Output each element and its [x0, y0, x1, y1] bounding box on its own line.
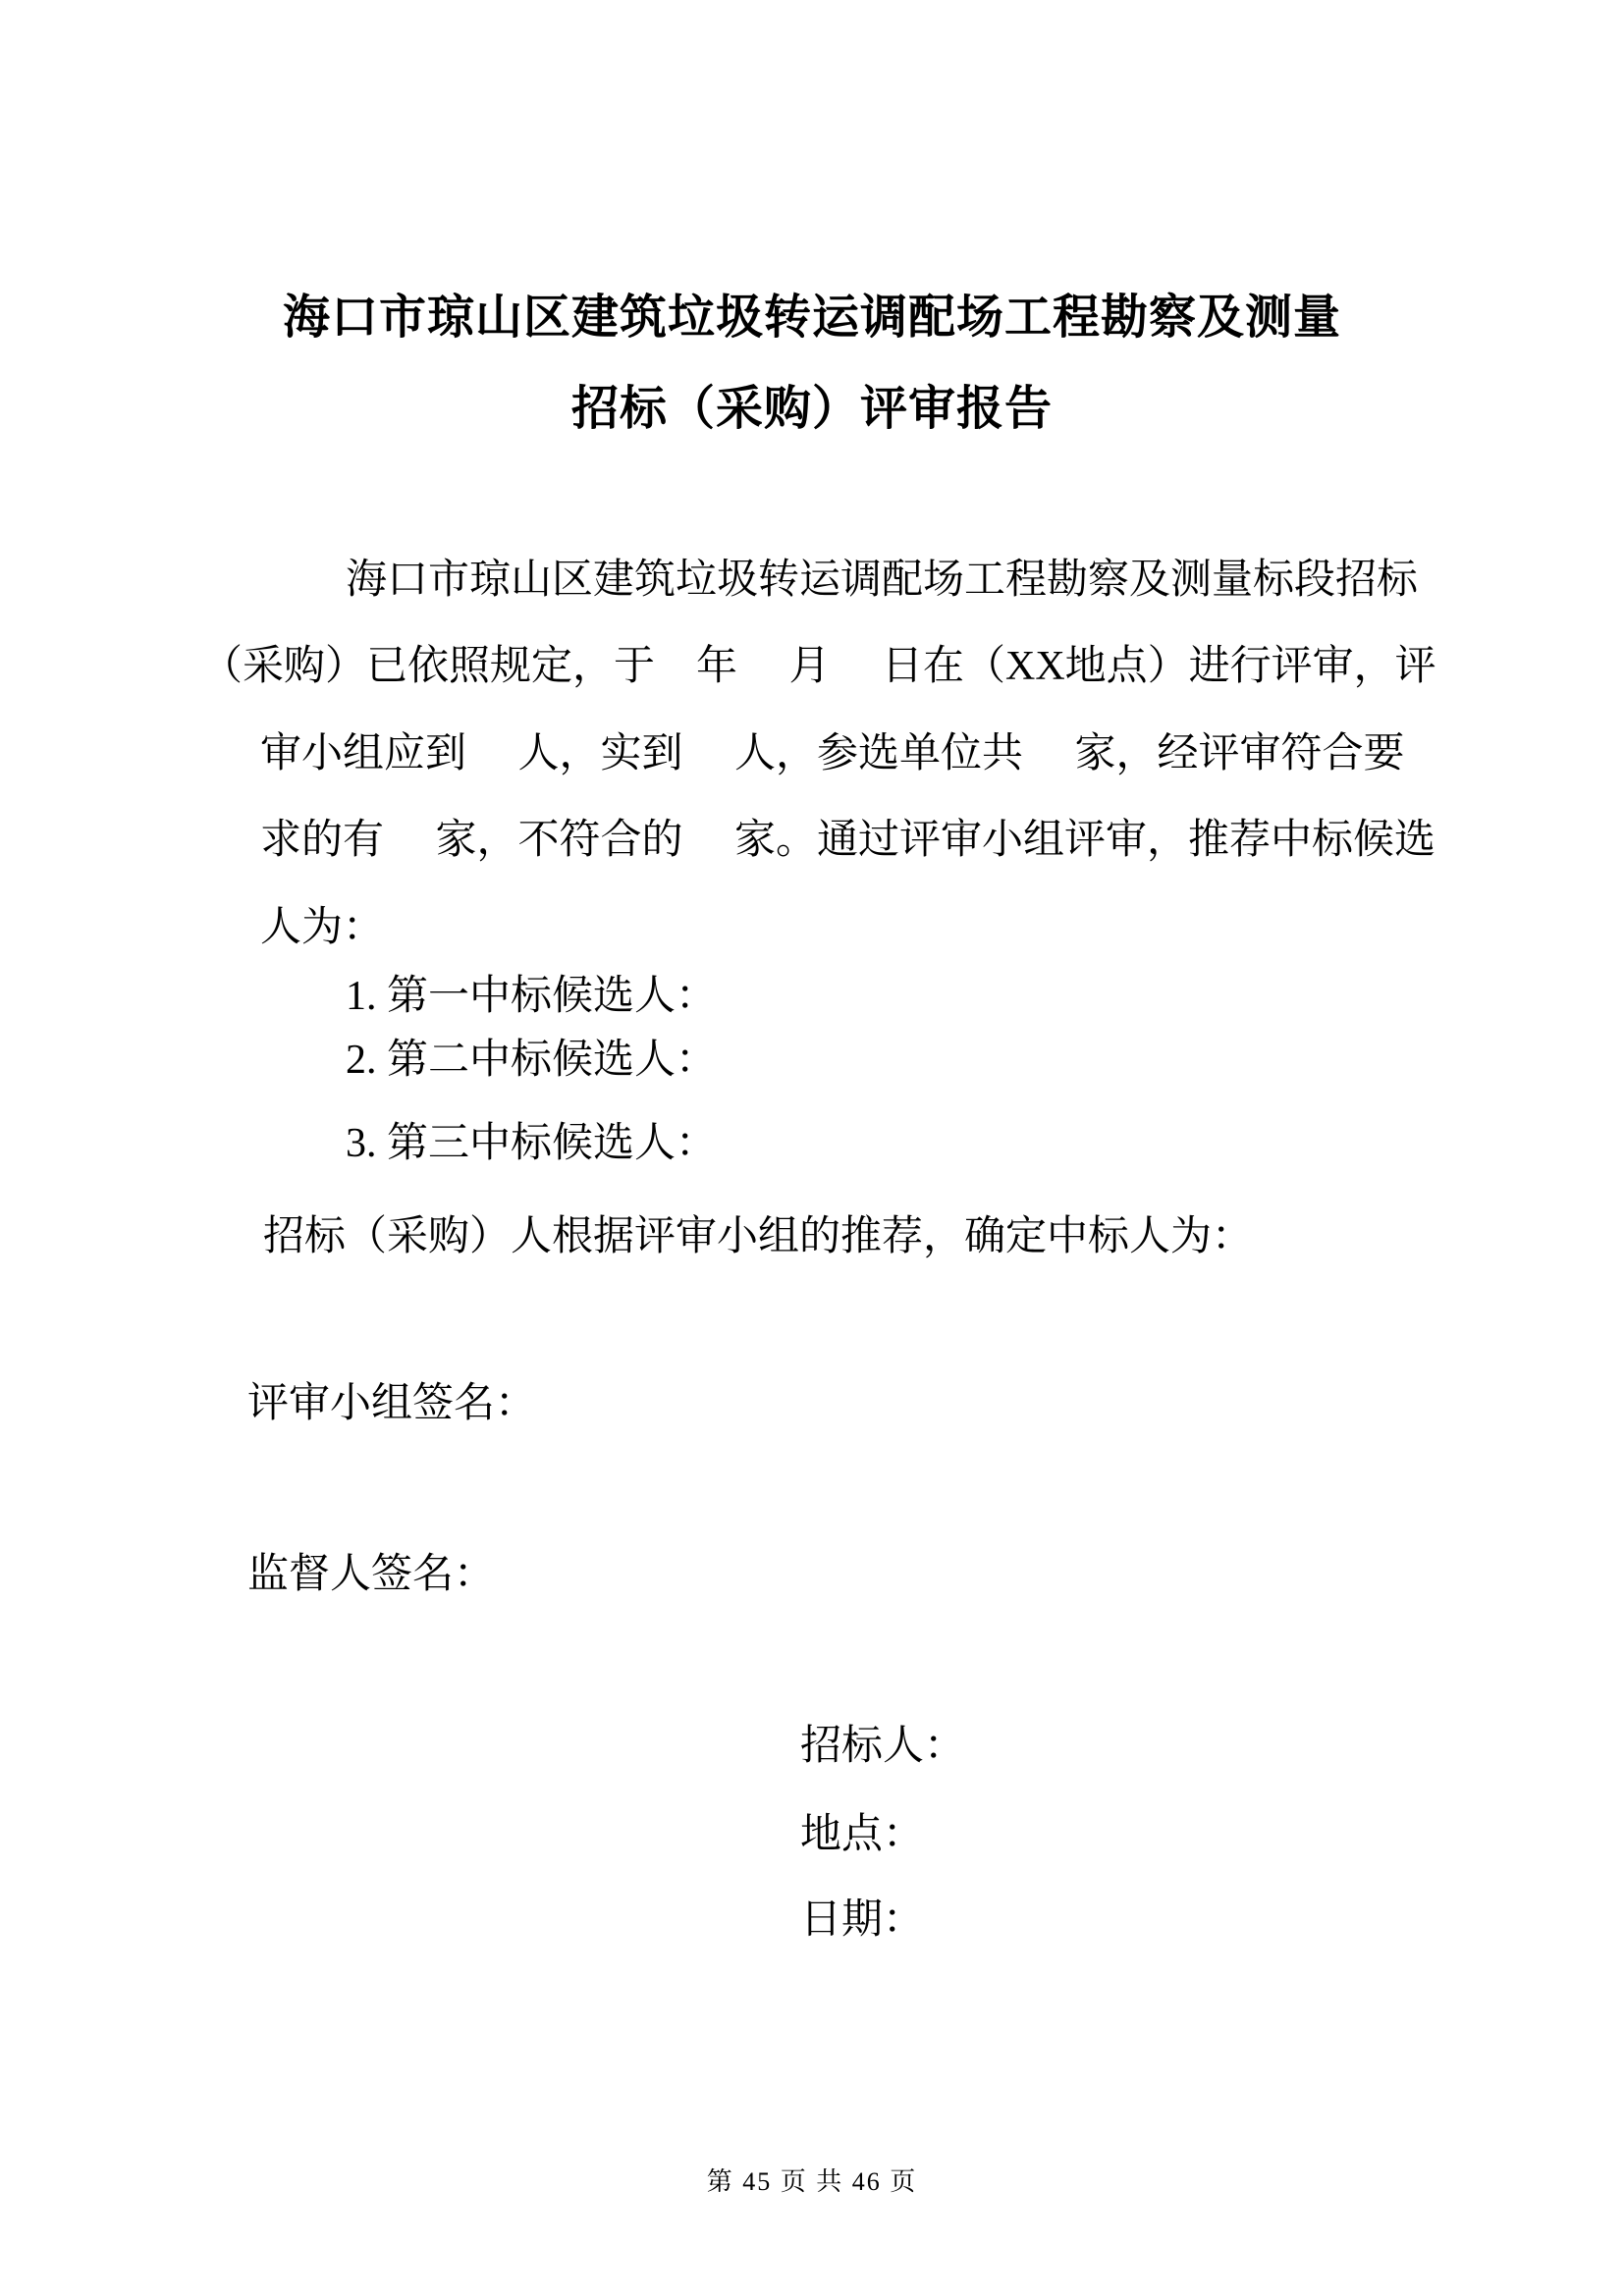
candidate-item-2: 2. 第二中标候选人：: [346, 1037, 717, 1084]
panel-signature-label: 评审小组签名：: [247, 1380, 536, 1427]
page-title-line-1: 海口市琼山区建筑垃圾转运调配场工程勘察及测量: [0, 291, 1624, 345]
page-title-line-2: 招标（采购）评审报告: [0, 382, 1624, 436]
date-label: 日期：: [800, 1896, 924, 1944]
paragraph-line-4: 求的有 家，不符合的 家。通过评审小组评审，推荐中标候选: [260, 817, 1435, 864]
document-page: 海口市琼山区建筑垃圾转运调配场工程勘察及测量 招标（采购）评审报告 海口市琼山区…: [0, 0, 1624, 2296]
paragraph-line-2: （采购）已依照规定，于 年 月 日在（XX地点）进行评审，评: [201, 643, 1436, 690]
page-footer: 第 45 页 共 46 页: [0, 2167, 1624, 2197]
candidate-item-1: 1. 第一中标候选人：: [346, 973, 717, 1020]
paragraph-line-3: 审小组应到 人，实到 人，参选单位共 家，经评审符合要: [260, 730, 1405, 777]
award-confirmation-line: 招标（采购）人根据评审小组的推荐，确定中标人为：: [263, 1213, 1253, 1260]
paragraph-line-5: 人为：: [260, 904, 384, 951]
tenderer-label: 招标人：: [800, 1723, 965, 1770]
supervisor-signature-label: 监督人签名：: [247, 1551, 495, 1598]
paragraph-line-1: 海口市琼山区建筑垃圾转运调配场工程勘察及测量标段招标: [346, 557, 1418, 604]
candidate-item-3: 3. 第三中标候选人：: [346, 1120, 717, 1167]
location-label: 地点：: [800, 1811, 924, 1858]
